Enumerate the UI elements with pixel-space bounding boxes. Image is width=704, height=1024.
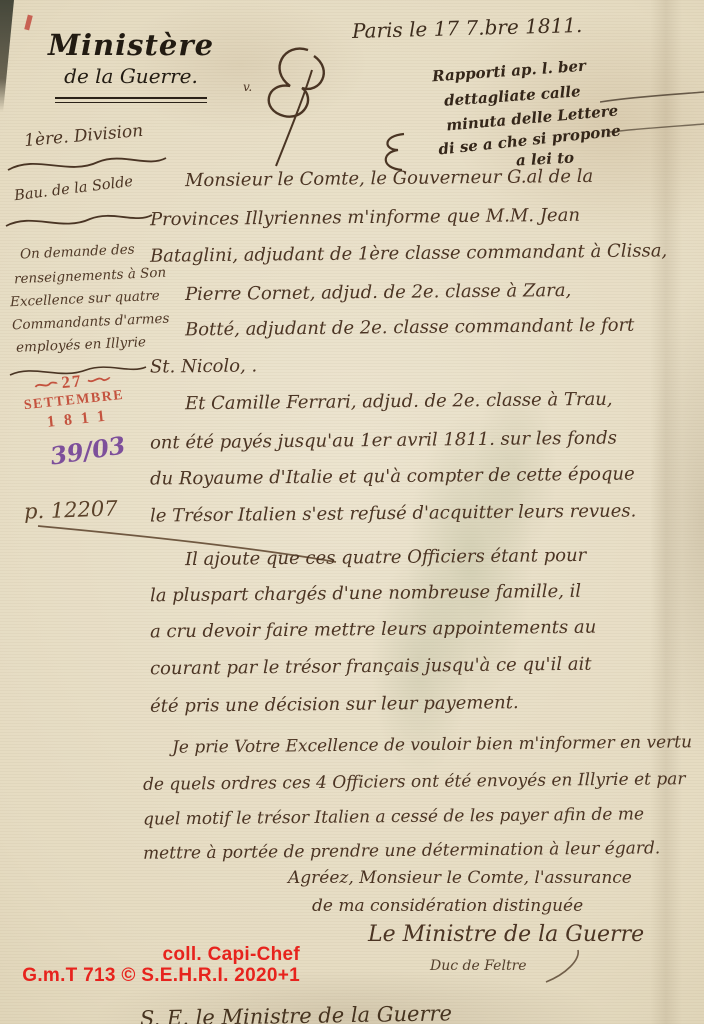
scanned-letter: Ministère de la Guerre. Paris le 17 7.br…: [0, 0, 704, 1024]
flourish-underline-icon: [6, 152, 170, 176]
body-line: St. Nicolo, .: [150, 355, 257, 377]
ink-scratch-lines-icon: [600, 86, 704, 146]
body-line: le Trésor Italien s'est refusé d'acquitt…: [150, 500, 637, 526]
body-line: Je prie Votre Excellence de vouloir bien…: [172, 732, 692, 757]
footer-partial-line: S. E. le Ministre de la Guerre: [140, 1001, 452, 1024]
ink-flourish-icon: [250, 40, 360, 170]
margin-bureau: Bau. de la Solde: [13, 174, 133, 204]
dateline: Paris le 17 7.bre 1811.: [352, 13, 583, 43]
body-line: Bataglini, adjudant de 1ère classe comma…: [150, 240, 667, 266]
body-line: Provinces Illyriennes m'informe que M.M.…: [150, 205, 580, 231]
margin-summary-line: employés en Illyrie: [16, 334, 147, 356]
body-line: de quels ordres ces 4 Officiers ont été …: [143, 769, 686, 795]
date-stamp-day: 27: [61, 371, 84, 393]
letterhead-double-rule: [55, 97, 207, 103]
stamp-squiggle-icon: [86, 373, 111, 385]
body-line: été pris une décision sur leur payement.: [150, 692, 519, 717]
scan-edge-corner: [0, 0, 14, 112]
signature-title: Le Ministre de la Guerre: [368, 922, 644, 947]
archival-note-line: Rapporti ap. l. ber: [432, 57, 587, 86]
margin-division: 1ère. Division: [23, 121, 144, 151]
body-line: la pluspart chargés d'une nombreuse fami…: [150, 581, 581, 607]
flourish-underline-icon: [4, 210, 156, 232]
margin-summary-line: On demande des: [20, 242, 135, 263]
date-stamp: 27 SETTEMBRE 1811: [5, 365, 142, 435]
closing-line: Agréez, Monsieur le Comte, l'assurance: [288, 868, 632, 888]
body-line: Et Camille Ferrari, adjud. de 2e. classe…: [185, 389, 613, 414]
signature-flourish-icon: [540, 948, 590, 988]
red-corner-tick: [24, 15, 32, 31]
body-line: Pierre Cornet, adjud. de 2e. classe à Za…: [185, 280, 571, 305]
collection-credit-line: G.m.T 713 © S.E.H.R.I. 2020+1: [18, 965, 300, 986]
body-line: ont été payés jusqu'au 1er avril 1811. s…: [150, 428, 617, 454]
margin-summary-line: Commandants d'armes: [12, 311, 170, 334]
body-line: Monsieur le Comte, le Gouverneur G.al de…: [185, 166, 593, 191]
stamp-squiggle-icon: [33, 379, 58, 391]
margin-summary-line: renseignements à Son: [14, 265, 167, 288]
letterhead-title: Ministère: [40, 28, 222, 62]
margin-summary-line: Excellence sur quatre: [10, 288, 160, 311]
body-line: Botté, adjudant de 2e. classe commandant…: [185, 315, 635, 341]
closing-line: de ma considération distinguée: [312, 896, 583, 916]
collection-credit-line: coll. Capi-Chef: [18, 944, 300, 965]
registry-number-purple: 39/03: [48, 430, 127, 470]
body-line: du Royaume d'Italie et qu'à compter de c…: [150, 463, 635, 489]
body-line: courant par le trésor français jusqu'à c…: [150, 654, 592, 680]
letterhead-subtitle: de la Guerre.: [40, 64, 222, 88]
body-line: quel motif le trésor Italien a cessé de …: [143, 804, 644, 829]
body-line: a cru devoir faire mettre leurs appointe…: [150, 617, 596, 643]
collection-credit: coll. Capi-Chef G.m.T 713 © S.E.H.R.I. 2…: [18, 944, 300, 986]
signature-name: Duc de Feltre: [430, 958, 527, 974]
body-line: Il ajoute que ces quatre Officiers étant…: [185, 545, 586, 570]
body-line: mettre à portée de prendre une détermina…: [143, 838, 660, 863]
letterhead: Ministère de la Guerre.: [40, 28, 222, 103]
